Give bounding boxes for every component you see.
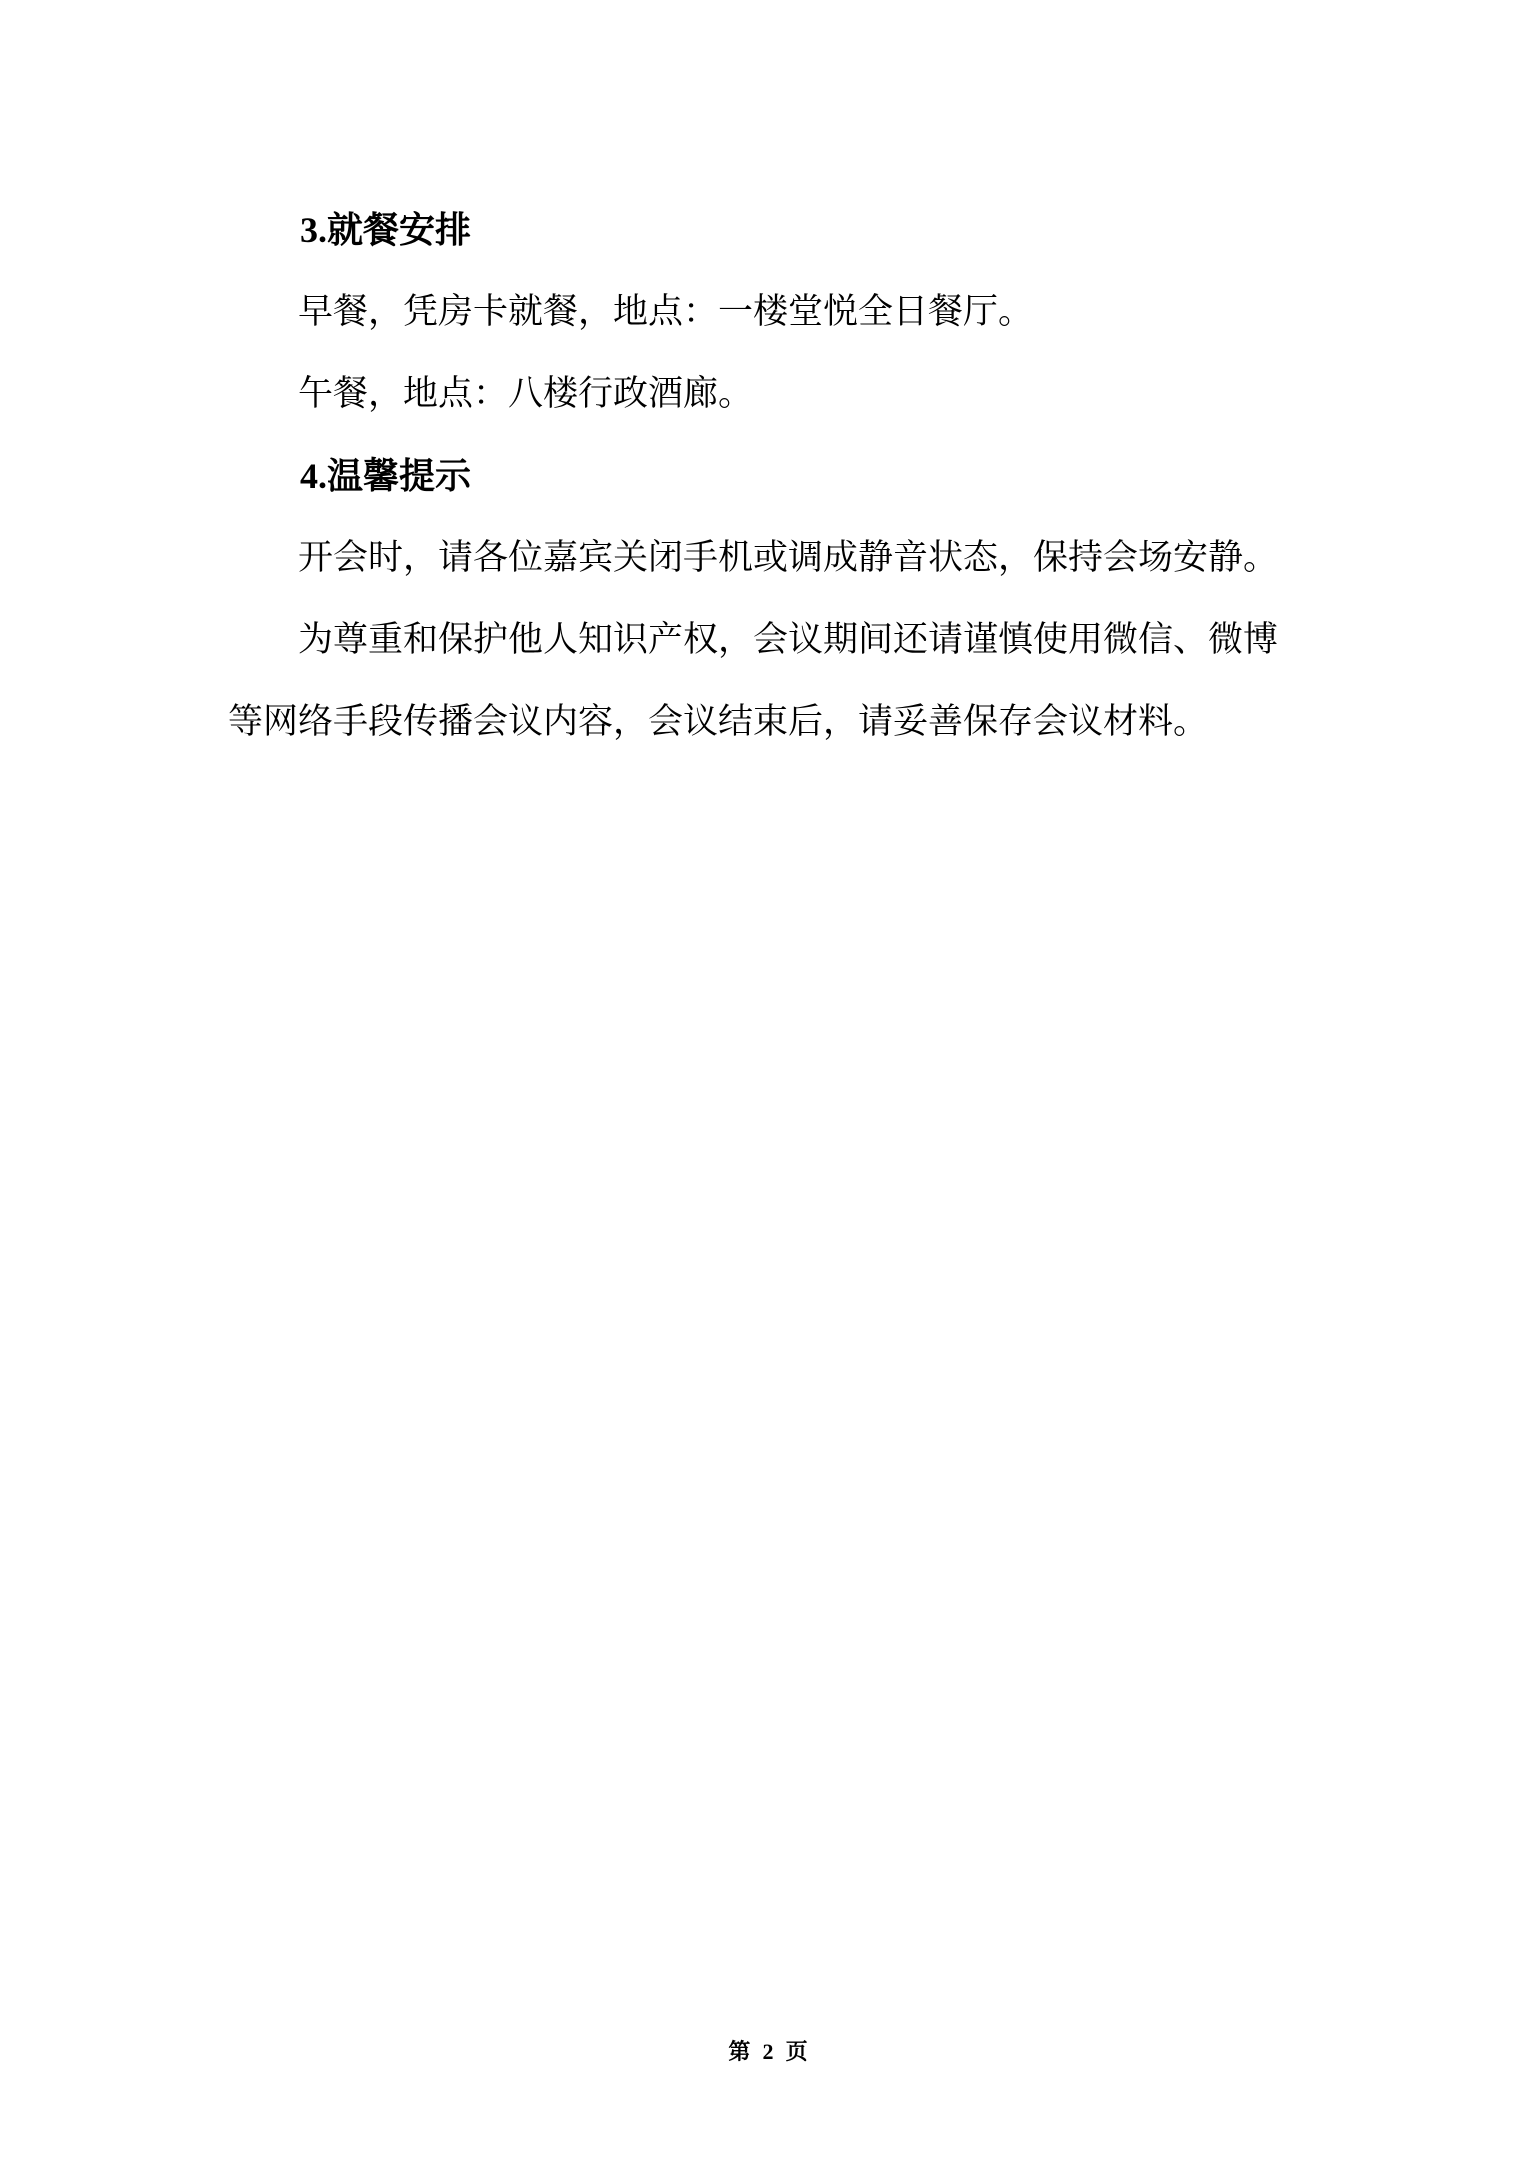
section-heading-dining: 3.就餐安排 — [228, 189, 1308, 271]
document-body: 3.就餐安排 早餐，凭房卡就餐，地点：一楼堂悦全日餐厅。 午餐，地点：八楼行政酒… — [228, 189, 1308, 763]
paragraph-phone-silence: 开会时，请各位嘉宾关闭手机或调成静音状态，保持会场安静。 — [228, 517, 1308, 599]
paragraph-copyright-line1: 为尊重和保护他人知识产权，会议期间还请谨慎使用微信、微博 — [228, 599, 1308, 681]
section-heading-tips: 4.温馨提示 — [228, 435, 1308, 517]
document-page: 3.就餐安排 早餐，凭房卡就餐，地点：一楼堂悦全日餐厅。 午餐，地点：八楼行政酒… — [0, 0, 1536, 2173]
page-number-footer: 第 2 页 — [0, 2038, 1536, 2066]
paragraph-copyright-line2: 等网络手段传播会议内容，会议结束后，请妥善保存会议材料。 — [228, 681, 1308, 763]
paragraph-breakfast: 早餐，凭房卡就餐，地点：一楼堂悦全日餐厅。 — [228, 271, 1308, 353]
paragraph-lunch: 午餐，地点：八楼行政酒廊。 — [228, 353, 1308, 435]
